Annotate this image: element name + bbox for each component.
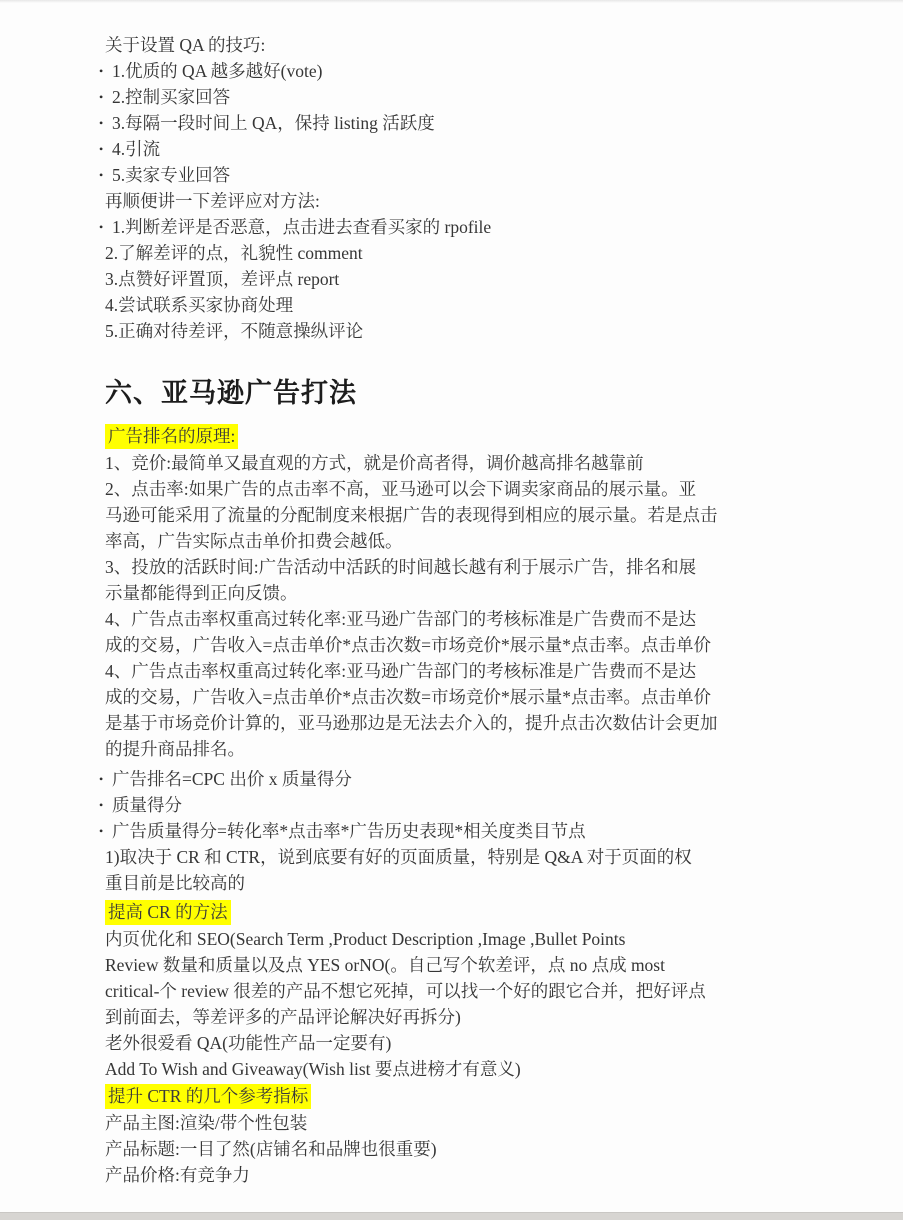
line-text: 示量都能得到正向反馈。	[105, 583, 298, 603]
bullet-line: •3.每隔一段时间上 QA，保持 listing 活跃度	[99, 110, 863, 136]
bullet-dot-icon: •	[99, 818, 112, 844]
page-bottom-bar	[0, 1212, 903, 1220]
line-text: 成的交易，广告收入=点击单价*点击次数=市场竞价*展示量*点击率。点击单价	[105, 687, 711, 707]
text-line: 产品主图:渲染/带个性包装	[105, 1110, 863, 1136]
text-line: 4.尝试联系买家协商处理	[105, 292, 863, 318]
line-text: 的提升商品排名。	[105, 739, 245, 759]
bullet-line: •1.优质的 QA 越多越好(vote)	[99, 58, 863, 84]
highlight-improve-ctr: 提升 CTR 的几个参考指标	[105, 1084, 311, 1109]
line-text: 质量得分	[112, 795, 182, 815]
bullet-dot-icon: •	[99, 136, 112, 162]
bullet-line: •2.控制买家回答	[99, 84, 863, 110]
bullet-dot-icon: •	[99, 792, 112, 818]
text-line: 产品标题:一目了然(店铺名和品牌也很重要)	[105, 1136, 863, 1162]
line-text: 2、点击率:如果广告的点击率不高，亚马逊可以会下调卖家商品的展示量。亚	[105, 479, 696, 499]
text-line: 4、广告点击率权重高过转化率:亚马逊广告部门的考核标准是广告费而不是达	[105, 606, 863, 632]
highlight-ad-ranking-line: 广告排名的原理:	[105, 424, 863, 450]
line-text: 1)取决于 CR 和 CTR，说到底要有好的页面质量，特别是 Q&A 对于页面的…	[105, 847, 692, 867]
line-text: 马逊可能采用了流量的分配制度来根据广告的表现得到相应的展示量。若是点击	[105, 505, 718, 525]
bullet-dot-icon: •	[99, 110, 112, 136]
qa-tips-title: 关于设置 QA 的技巧:	[105, 32, 863, 58]
improve-ctr-list: 产品主图:渲染/带个性包装产品标题:一目了然(店铺名和品牌也很重要)产品价格:有…	[105, 1110, 863, 1188]
bullet-dot-icon: •	[99, 766, 112, 792]
review-response-title: 再顺便讲一下差评应对方法:	[105, 188, 863, 214]
line-text: critical-个 review 很差的产品不想它死掉，可以找一个好的跟它合并…	[105, 981, 706, 1001]
text-line: critical-个 review 很差的产品不想它死掉，可以找一个好的跟它合并…	[105, 978, 863, 1004]
line-text: 率高，广告实际点击单价扣费会越低。	[105, 531, 403, 551]
bullet-line: •5.卖家专业回答	[99, 162, 863, 188]
line-text: 是基于市场竞价计算的，亚马逊那边是无法去介入的，提升点击次数估计会更加	[105, 713, 718, 733]
ad-formula-bullet-list: •广告排名=CPC 出价 x 质量得分•质量得分•广告质量得分=转化率*点击率*…	[105, 766, 863, 844]
review-bullet-list: •1.判断差评是否恶意，点击进去查看买家的 rpofile	[105, 214, 863, 240]
line-text: 4.引流	[112, 139, 160, 159]
line-text: 1、竞价:最简单又最直观的方式，就是价高者得，调价越高排名越靠前	[105, 453, 644, 473]
line-text: 3.点赞好评置顶，差评点 report	[105, 269, 339, 289]
section-heading: 六、亚马逊广告打法	[105, 376, 863, 410]
text-line: 2、点击率:如果广告的点击率不高，亚马逊可以会下调卖家商品的展示量。亚	[105, 476, 863, 502]
line-text: Review 数量和质量以及点 YES orNO(。自己写个软差评，点 no 点…	[105, 955, 665, 975]
text-line: 到前面去，等差评多的产品评论解决好再拆分)	[105, 1004, 863, 1030]
bullet-line: •广告排名=CPC 出价 x 质量得分	[99, 766, 863, 792]
text-line: 4、广告点击率权重高过转化率:亚马逊广告部门的考核标准是广告费而不是达	[105, 658, 863, 684]
text-line: 老外很爱看 QA(功能性产品一定要有)	[105, 1030, 863, 1056]
qa-tip-list: •1.优质的 QA 越多越好(vote)•2.控制买家回答•3.每隔一段时间上 …	[105, 58, 863, 188]
line-text: 产品标题:一目了然(店铺名和品牌也很重要)	[105, 1139, 437, 1159]
bullet-line: •1.判断差评是否恶意，点击进去查看买家的 rpofile	[99, 214, 863, 240]
text-line: Review 数量和质量以及点 YES orNO(。自己写个软差评，点 no 点…	[105, 952, 863, 978]
highlight-improve-ctr-line: 提升 CTR 的几个参考指标	[105, 1084, 863, 1110]
line-text: 老外很爱看 QA(功能性产品一定要有)	[105, 1033, 391, 1053]
text-line: 3、投放的活跃时间:广告活动中活跃的时间越长越有利于展示广告，排名和展	[105, 554, 863, 580]
line-text: 4、广告点击率权重高过转化率:亚马逊广告部门的考核标准是广告费而不是达	[105, 609, 696, 629]
text-line: 率高，广告实际点击单价扣费会越低。	[105, 528, 863, 554]
line-text: 5.正确对待差评，不随意操纵评论	[105, 321, 363, 341]
line-text: 广告排名=CPC 出价 x 质量得分	[112, 769, 352, 789]
line-text: 3、投放的活跃时间:广告活动中活跃的时间越长越有利于展示广告，排名和展	[105, 557, 696, 577]
text-line: 马逊可能采用了流量的分配制度来根据广告的表现得到相应的展示量。若是点击	[105, 502, 863, 528]
line-text: 产品主图:渲染/带个性包装	[105, 1113, 307, 1133]
highlight-improve-cr-line: 提高 CR 的方法	[105, 900, 863, 926]
line-text: 到前面去，等差评多的产品评论解决好再拆分)	[105, 1007, 461, 1027]
document-page: 关于设置 QA 的技巧: •1.优质的 QA 越多越好(vote)•2.控制买家…	[0, 0, 903, 1188]
text-line: 重目前是比较高的	[105, 870, 863, 896]
line-text: 成的交易，广告收入=点击单价*点击次数=市场竞价*展示量*点击率。点击单价	[105, 635, 711, 655]
line-text: 2.控制买家回答	[112, 87, 230, 107]
line-text: 5.卖家专业回答	[112, 165, 230, 185]
text-line: 1)取决于 CR 和 CTR，说到底要有好的页面质量，特别是 Q&A 对于页面的…	[105, 844, 863, 870]
text-line: 的提升商品排名。	[105, 736, 863, 762]
line-text: 4、广告点击率权重高过转化率:亚马逊广告部门的考核标准是广告费而不是达	[105, 661, 696, 681]
line-text: 重目前是比较高的	[105, 873, 245, 893]
line-text: 2.了解差评的点，礼貌性 comment	[105, 243, 363, 263]
highlight-ad-ranking: 广告排名的原理:	[105, 424, 238, 449]
improve-cr-list: 内页优化和 SEO(Search Term ,Product Descripti…	[105, 926, 863, 1082]
review-step-list: 2.了解差评的点，礼貌性 comment3.点赞好评置顶，差评点 report4…	[105, 240, 863, 344]
text-line: Add To Wish and Giveaway(Wish list 要点进榜才…	[105, 1056, 863, 1082]
text-line: 成的交易，广告收入=点击单价*点击次数=市场竞价*展示量*点击率。点击单价	[105, 632, 863, 658]
bullet-dot-icon: •	[99, 84, 112, 110]
bullet-line: •质量得分	[99, 792, 863, 818]
text-line: 5.正确对待差评，不随意操纵评论	[105, 318, 863, 344]
bullet-dot-icon: •	[99, 162, 112, 188]
text-line: 1、竞价:最简单又最直观的方式，就是价高者得，调价越高排名越靠前	[105, 450, 863, 476]
cr-ctr-paragraph: 1)取决于 CR 和 CTR，说到底要有好的页面质量，特别是 Q&A 对于页面的…	[105, 844, 863, 896]
bullet-line: •广告质量得分=转化率*点击率*广告历史表现*相关度类目节点	[99, 818, 863, 844]
line-text: 1.优质的 QA 越多越好(vote)	[112, 61, 322, 81]
line-text: 内页优化和 SEO(Search Term ,Product Descripti…	[105, 929, 625, 949]
line-text: 广告质量得分=转化率*点击率*广告历史表现*相关度类目节点	[112, 821, 586, 841]
bullet-dot-icon: •	[99, 58, 112, 84]
text-line: 成的交易，广告收入=点击单价*点击次数=市场竞价*展示量*点击率。点击单价	[105, 684, 863, 710]
text-line: 示量都能得到正向反馈。	[105, 580, 863, 606]
text-line: 是基于市场竞价计算的，亚马逊那边是无法去介入的，提升点击次数估计会更加	[105, 710, 863, 736]
line-text: 4.尝试联系买家协商处理	[105, 295, 293, 315]
text-line: 内页优化和 SEO(Search Term ,Product Descripti…	[105, 926, 863, 952]
page-top-edge	[0, 0, 903, 3]
bullet-line: •4.引流	[99, 136, 863, 162]
ad-ranking-paragraph: 1、竞价:最简单又最直观的方式，就是价高者得，调价越高排名越靠前2、点击率:如果…	[105, 450, 863, 762]
line-text: Add To Wish and Giveaway(Wish list 要点进榜才…	[105, 1059, 521, 1079]
highlight-improve-cr: 提高 CR 的方法	[105, 900, 231, 925]
text-line: 产品价格:有竞争力	[105, 1162, 863, 1188]
bullet-dot-icon: •	[99, 214, 112, 240]
line-text: 产品价格:有竞争力	[105, 1165, 250, 1185]
line-text: 3.每隔一段时间上 QA，保持 listing 活跃度	[112, 113, 435, 133]
text-line: 2.了解差评的点，礼貌性 comment	[105, 240, 863, 266]
line-text: 1.判断差评是否恶意，点击进去查看买家的 rpofile	[112, 217, 491, 237]
text-line: 3.点赞好评置顶，差评点 report	[105, 266, 863, 292]
